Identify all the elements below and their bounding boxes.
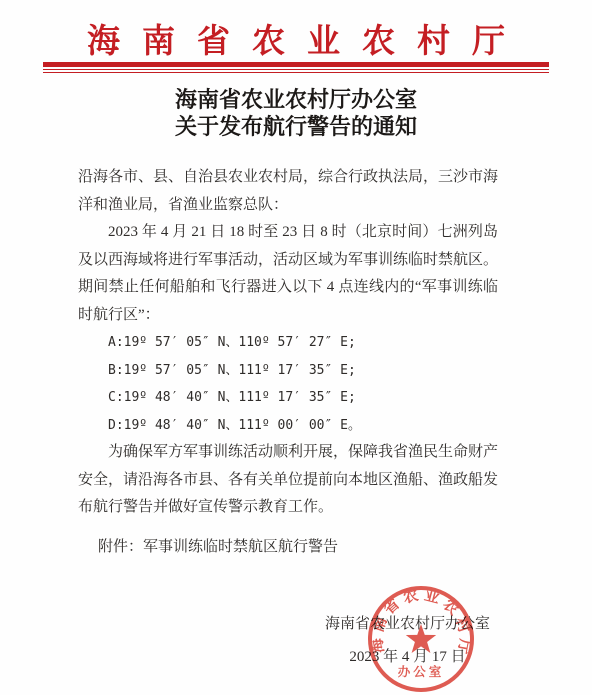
document-page: 海南省农业农村厅 海南省农业农村厅办公室 关于发布航行警告的通知 沿海各市、县、… bbox=[0, 0, 592, 695]
salutation: 沿海各市、县、自治县农业农村局，综合行政执法局，三沙市海洋和渔业局，省渔业监察总… bbox=[78, 164, 498, 219]
divider-thin-line bbox=[43, 69, 549, 71]
activity-paragraph: 2023 年 4 月 21 日 18 时至 23 日 8 时（北京时间）七洲列岛… bbox=[78, 219, 498, 329]
coordinate-line: B:19º 57′ 05″ N、111º 17′ 35″ E; bbox=[78, 357, 498, 385]
coordinate-line: C:19º 48′ 40″ N、111º 17′ 35″ E; bbox=[78, 384, 498, 412]
divider-thick-line bbox=[43, 62, 549, 67]
coordinate-line: A:19º 57′ 05″ N、110º 57′ 27″ E; bbox=[78, 329, 498, 357]
divider-thin-line bbox=[43, 72, 549, 74]
official-seal: 海南省农业农村厅 办公室 bbox=[365, 583, 477, 695]
document-title: 海南省农业农村厅办公室 关于发布航行警告的通知 bbox=[0, 86, 592, 140]
letterhead-divider bbox=[43, 62, 549, 75]
coordinate-line: D:19º 48′ 40″ N、111º 00′ 00″ E。 bbox=[78, 412, 498, 440]
letterhead-agency-title: 海南省农业农村厅 bbox=[0, 15, 592, 62]
document-title-line1: 海南省农业农村厅办公室 bbox=[0, 86, 592, 113]
closing-paragraph: 为确保军方军事训练活动顺利开展，保障我省渔民生命财产安全，请沿海各市县、各有关单… bbox=[78, 439, 498, 522]
attachment-note: 附件：军事训练临时禁航区航行警告 bbox=[78, 534, 498, 562]
document-title-line2: 关于发布航行警告的通知 bbox=[0, 113, 592, 140]
seal-bottom-text: 办公室 bbox=[398, 664, 445, 679]
coordinate-list: A:19º 57′ 05″ N、110º 57′ 27″ E;B:19º 57′… bbox=[78, 329, 498, 439]
star-icon bbox=[406, 624, 436, 653]
